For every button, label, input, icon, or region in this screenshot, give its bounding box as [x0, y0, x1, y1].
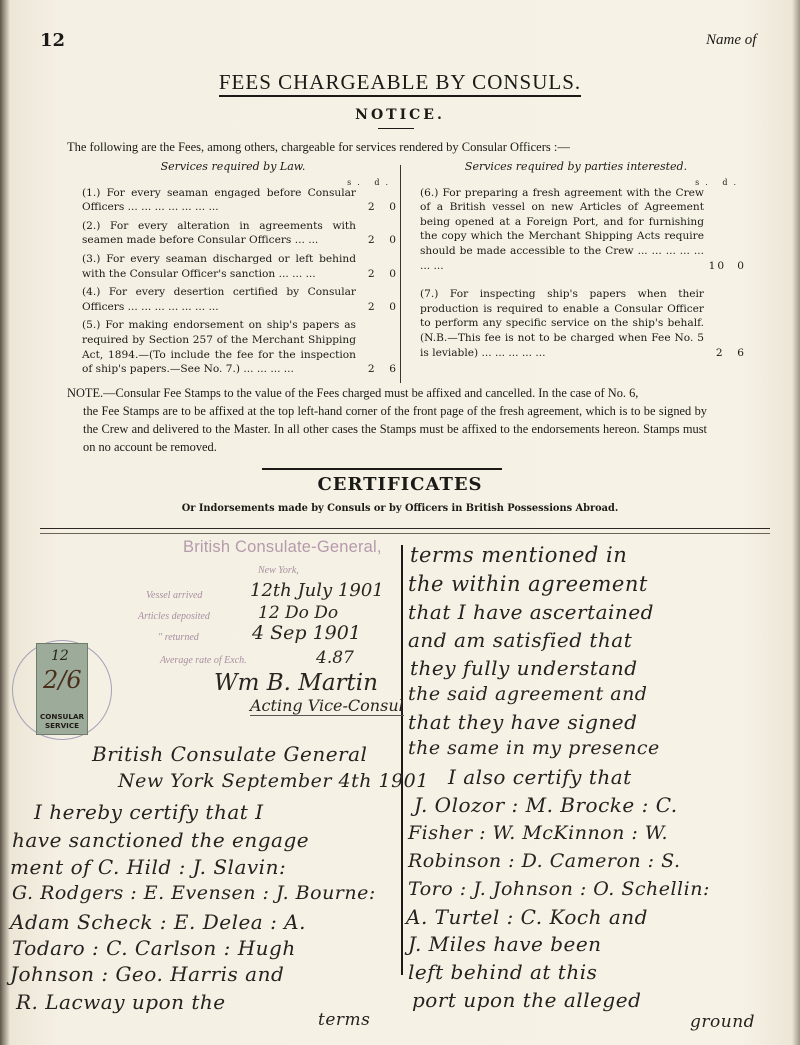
fees-title-text: FEES CHARGEABLE BY CONSULS. [219, 70, 581, 97]
handwritten-line: J. Olozor : M. Brocke : C. [414, 793, 678, 817]
note-body: the Fee Stamps are to be affixed at the … [67, 402, 707, 456]
document-page: 12 Name of FEES CHARGEABLE BY CONSULS. N… [0, 0, 800, 1045]
currency-heading: s. d. [68, 176, 398, 186]
handwritten-line: they fully understand [410, 656, 638, 680]
handwritten-line: Fisher : W. McKinnon : W. [408, 822, 668, 844]
articles-deposited-label: Articles deposited [138, 611, 210, 622]
fee-label: (7.) For inspecting ship's papers when t… [406, 287, 704, 360]
fee-pence: 0 [730, 259, 746, 274]
fee-shillings: 2 [361, 300, 377, 315]
column-divider [400, 165, 401, 383]
fee-amount: 2 0 [360, 300, 398, 315]
fee-pence: 6 [382, 362, 398, 377]
fee-pence: 0 [382, 233, 398, 248]
stamp-label-line1: CONSULAR [40, 712, 84, 721]
stamp-label: CONSULARSERVICE [37, 712, 87, 730]
certificates-title: CERTIFICATES [0, 474, 800, 495]
fee-item: (6.) For preparing a fresh agreement wit… [406, 186, 746, 274]
handwritten-line: A. Turtel : C. Koch and [406, 905, 648, 929]
handwritten-line: left behind at this [408, 960, 597, 984]
section-rule [262, 468, 502, 470]
consular-fee-stamp: 12 2/6 CONSULARSERVICE [36, 643, 88, 735]
exchange-rate-label: Average rate of Exch. [160, 655, 247, 666]
fee-item: (7.) For inspecting ship's papers when t… [406, 287, 746, 360]
fee-item: (2.) For every alteration in agreements … [68, 219, 398, 248]
handwritten-line: G. Rodgers : E. Evensen : J. Bourne: [12, 882, 376, 904]
handwritten-line: and am satisfied that [408, 628, 632, 652]
handwritten-line: R. Lacway upon the [16, 990, 226, 1014]
handwritten-line: the same in my presence [408, 737, 660, 759]
handwritten-line: ground [690, 1012, 755, 1032]
fee-shillings: 2 [361, 362, 377, 377]
returned-label: " returned [158, 632, 199, 643]
fee-shillings: 2 [361, 267, 377, 282]
certificates-subtitle: Or Indorsements made by Consuls or by Of… [0, 503, 800, 514]
stamp-value: 2/6 [43, 666, 82, 694]
stamp-handwritten-number: 12 [51, 648, 69, 664]
fee-item: (5.) For making endorsement on ship's pa… [68, 318, 398, 376]
consulate-stamp-header: British Consulate-General, [183, 538, 382, 557]
stamp-label-line2: SERVICE [45, 721, 79, 730]
handwritten-line: port upon the alleged [412, 988, 641, 1012]
fees-note: NOTE.—Consular Fee Stamps to the value o… [67, 384, 707, 456]
fee-shillings: 2 [361, 233, 377, 248]
handwritten-line: that I have ascertained [408, 600, 654, 624]
returned-value: 4 Sep 1901 [252, 622, 361, 644]
handwritten-line: terms mentioned in [410, 543, 627, 567]
handwritten-line: J. Miles have been [408, 932, 602, 956]
handwritten-line: Robinson : D. Cameron : S. [408, 850, 681, 872]
fees-column-parties: Services required by parties interested.… [406, 160, 746, 364]
handwritten-line: the said agreement and [408, 683, 647, 705]
running-head: Name of [706, 32, 756, 49]
notice-rule [378, 128, 414, 129]
consul-signature: Wm B. Martin [214, 670, 378, 696]
fees-intro: The following are the Fees, among others… [67, 140, 570, 155]
handwritten-line: ment of C. Hild : J. Slavin: [10, 855, 286, 879]
fee-item: (1.) For every seaman engaged before Con… [68, 186, 398, 215]
fee-shillings: 2 [709, 346, 725, 361]
currency-heading: s. d. [406, 176, 746, 186]
fee-amount: 2 6 [360, 362, 398, 377]
handwritten-line: Toro : J. Johnson : O. Schellin: [408, 878, 710, 900]
handwritten-line: I hereby certify that I [34, 800, 264, 824]
handwritten-line: British Consulate General [92, 742, 367, 766]
fee-label: (2.) For every alteration in agreements … [68, 219, 356, 248]
certificate-column-divider [401, 545, 403, 975]
handwritten-line: New York September 4th 1901 [118, 770, 429, 792]
column-heading: Services required by Law. [68, 160, 398, 175]
fees-title: FEES CHARGEABLE BY CONSULS. [0, 70, 800, 95]
fee-label: (6.) For preparing a fresh agreement wit… [406, 186, 704, 274]
fee-item: (3.) For every seaman discharged or left… [68, 252, 398, 281]
double-rule [40, 528, 770, 534]
fee-pence: 0 [382, 300, 398, 315]
exchange-rate-value: 4.87 [316, 648, 354, 668]
fee-amount: 10 0 [708, 259, 746, 274]
handwritten-line: Adam Scheck : E. Delea : A. [10, 910, 306, 934]
fee-pence: 0 [382, 267, 398, 282]
fee-label: (1.) For every seaman engaged before Con… [68, 186, 356, 215]
handwritten-line: Johnson : Geo. Harris and [10, 962, 284, 986]
fee-shillings: 10 [709, 259, 725, 274]
fee-amount: 2 6 [708, 346, 746, 361]
page-number: 12 [40, 30, 65, 51]
handwritten-line: terms [318, 1010, 370, 1030]
fee-amount: 2 0 [360, 233, 398, 248]
fee-item: (4.) For every desertion certified by Co… [68, 285, 398, 314]
handwritten-line: that they have signed [408, 710, 637, 734]
fee-pence: 0 [382, 200, 398, 215]
consul-title: Acting Vice-Consul [250, 696, 404, 716]
fees-column-law: Services required by Law. s. d. (1.) For… [68, 160, 398, 381]
fee-label: (5.) For making endorsement on ship's pa… [68, 318, 356, 376]
handwritten-line: have sanctioned the engage [12, 828, 309, 852]
column-heading: Services required by parties interested. [406, 160, 746, 175]
vessel-arrived-value: 12th July 1901 [250, 580, 384, 601]
fee-amount: 2 0 [360, 267, 398, 282]
stamp-place: New York, [258, 565, 299, 576]
vessel-arrived-label: Vessel arrived [146, 590, 202, 601]
fee-shillings: 2 [361, 200, 377, 215]
handwritten-line: the within agreement [408, 572, 648, 596]
note-first-line: NOTE.—Consular Fee Stamps to the value o… [67, 384, 707, 402]
notice-heading: NOTICE. [0, 107, 800, 123]
fee-amount: 2 0 [360, 200, 398, 215]
fee-pence: 6 [730, 346, 746, 361]
fee-label: (3.) For every seaman discharged or left… [68, 252, 356, 281]
fee-label: (4.) For every desertion certified by Co… [68, 285, 356, 314]
handwritten-line: I also certify that [448, 765, 632, 789]
handwritten-line: Todaro : C. Carlson : Hugh [12, 936, 296, 960]
articles-deposited-value: 12 Do Do [258, 603, 338, 623]
